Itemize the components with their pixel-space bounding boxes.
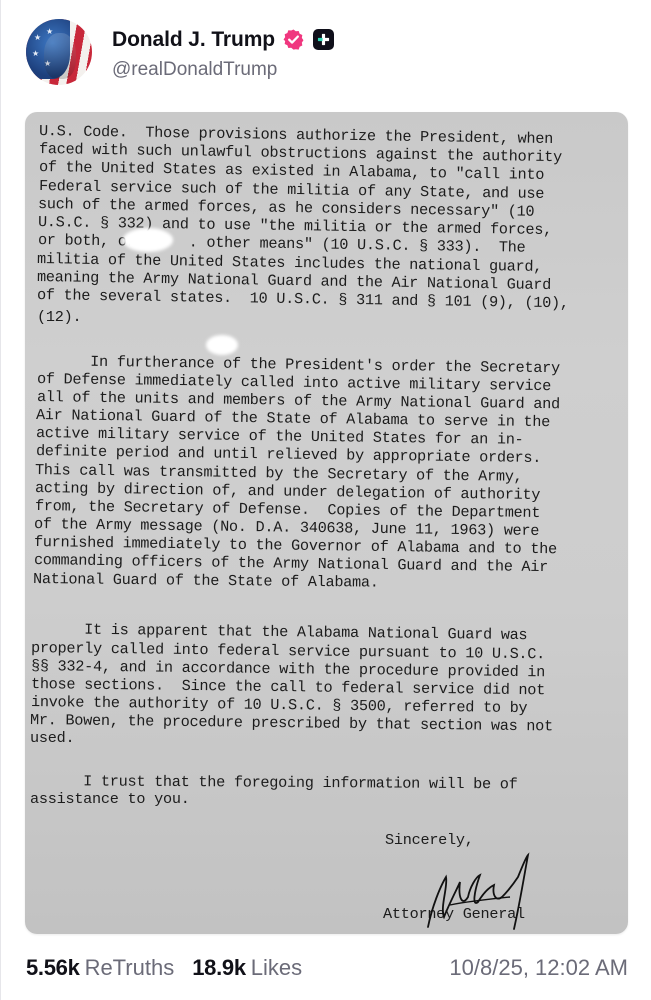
retruths-count: 5.56k (26, 955, 80, 980)
star-icon: ★ (32, 49, 39, 58)
doc-line: National Guard of the State of Alabama. (33, 570, 379, 592)
redaction-spot (206, 335, 238, 355)
star-icon: ★ (34, 33, 41, 42)
truth-plus-icon (313, 29, 334, 50)
divider (0, 0, 1, 1000)
scanned-letter: U.S. Code. Those provisions authorize th… (25, 112, 628, 934)
likes-stat[interactable]: 18.9kLikes (192, 955, 302, 981)
avatar-portrait (44, 33, 76, 79)
signature-image (410, 847, 540, 934)
doc-line: assistance to you. (30, 790, 190, 808)
redaction-spot (123, 228, 173, 252)
author-handle[interactable]: @realDonaldTrump (112, 59, 334, 81)
author-display-name[interactable]: Donald J. Trump (112, 28, 275, 52)
verified-badge-icon (282, 28, 305, 51)
doc-line: (12). (37, 308, 81, 326)
post-image[interactable]: U.S. Code. Those provisions authorize th… (25, 112, 628, 934)
avatar[interactable]: ★ ★ ★ ★ (26, 19, 92, 85)
likes-count: 18.9k (192, 955, 246, 980)
post-header: ★ ★ ★ ★ Donald J. Trump @realDonaldTru (26, 17, 334, 87)
post-timestamp[interactable]: 10/8/25, 12:02 AM (449, 955, 628, 981)
retruths-label: ReTruths (85, 955, 175, 980)
author-block: Donald J. Trump @realDonaldTrump (112, 24, 334, 81)
doc-line: used. (30, 729, 74, 747)
post-stats: 5.56kReTruths 18.9kLikes 10/8/25, 12:02 … (26, 953, 628, 983)
retruths-stat[interactable]: 5.56kReTruths (26, 955, 174, 981)
likes-label: Likes (251, 955, 302, 980)
